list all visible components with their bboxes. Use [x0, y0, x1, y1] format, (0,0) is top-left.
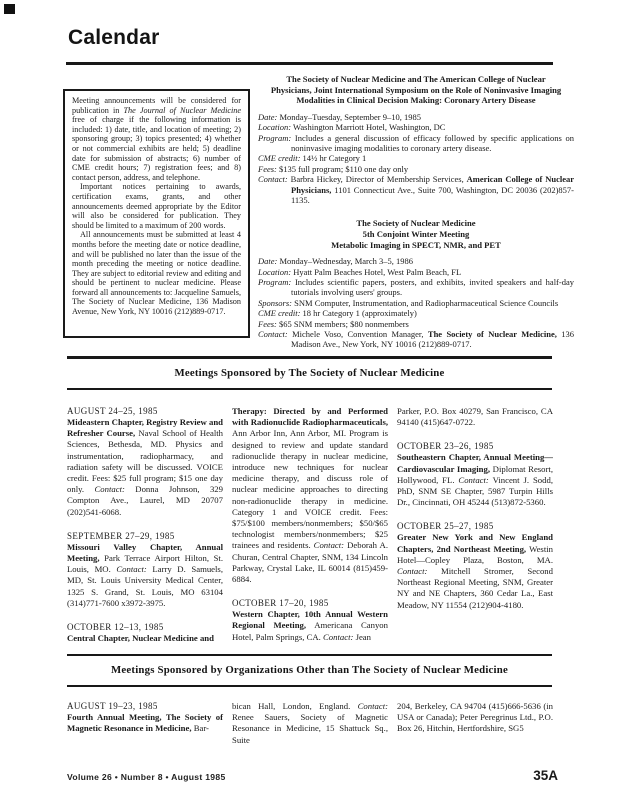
meeting-entry: Parker, P.O. Box 40279, San Francisco, C… — [397, 406, 553, 428]
detail-fees: Fees: $135 full program; $110 one day on… — [258, 164, 574, 174]
meeting-entry: bican Hall, London, England. Contact: Re… — [232, 701, 388, 746]
meeting-entry: Therapy: Directed by and Performed with … — [232, 406, 388, 585]
meeting-date: AUGUST 19–23, 1985 — [67, 701, 223, 711]
meeting-title-line: 5th Conjoint Winter Meeting — [258, 229, 574, 240]
detail-fees: Fees: $65 SNM members; $80 nonmembers — [258, 319, 574, 329]
notice-paragraph-2: Important notices pertaining to awards, … — [72, 182, 241, 230]
title-rule — [66, 62, 553, 65]
journal-calendar-page: Calendar Meeting announcements will be c… — [0, 0, 620, 802]
meeting-title-line: The Society of Nuclear Medicine and The … — [258, 74, 574, 85]
section-heading: Meetings Sponsored by Organizations Othe… — [67, 656, 552, 685]
detail-cme-credit: CME credit: 18 hr Category 1 (approximat… — [258, 308, 574, 318]
column-1: AUGUST 24–25, 1985 Mideastern Chapter, R… — [67, 406, 223, 653]
meeting-date: OCTOBER 17–20, 1985 — [232, 598, 388, 608]
meeting-date: OCTOBER 12–13, 1985 — [67, 622, 223, 632]
detail-date: Date: Monday–Wednesday, March 3–5, 1986 — [258, 256, 574, 266]
scan-artifact — [4, 4, 15, 14]
detail-cme-credit: CME credit: 14½ hr Category 1 — [258, 153, 574, 163]
meeting-title-line: Modalities in Clinical Decision Making: … — [258, 95, 574, 106]
page-number: 35A — [533, 768, 558, 783]
meeting-date: OCTOBER 25–27, 1985 — [397, 521, 553, 531]
column-2: bican Hall, London, England. Contact: Re… — [232, 701, 388, 759]
page-title: Calendar — [68, 26, 159, 50]
column-3: 204, Berkeley, CA 94704 (415)666-5636 (i… — [397, 701, 553, 759]
detail-location: Location: Washington Marriott Hotel, Was… — [258, 122, 574, 132]
meeting-date: AUGUST 24–25, 1985 — [67, 406, 223, 416]
meeting-entry: Mideastern Chapter, Registry Review and … — [67, 417, 223, 518]
detail-program: Program: Includes a general discussion o… — [258, 133, 574, 154]
meeting-date: SEPTEMBER 27–29, 1985 — [67, 531, 223, 541]
section-band-other-orgs: Meetings Sponsored by Organizations Othe… — [67, 654, 552, 687]
meeting-entry: Southeastern Chapter, Annual Meeting—Car… — [397, 452, 553, 508]
meeting-title: The Society of Nuclear Medicine 5th Conj… — [258, 218, 574, 250]
featured-meeting-snm-acnp: The Society of Nuclear Medicine and The … — [258, 74, 574, 205]
meeting-date: OCTOBER 23–26, 1985 — [397, 441, 553, 451]
meeting-entry: Western Chapter, 10th Annual Western Reg… — [232, 609, 388, 643]
column-2: Therapy: Directed by and Performed with … — [232, 406, 388, 653]
column-1: AUGUST 19–23, 1985 Fourth Annual Meeting… — [67, 701, 223, 759]
section-heading: Meetings Sponsored by The Society of Nuc… — [67, 359, 552, 388]
top-area: Meeting announcements will be considered… — [63, 74, 583, 356]
detail-program: Program: Includes scientific papers, pos… — [258, 277, 574, 298]
meeting-entry: Central Chapter, Nuclear Medicine and — [67, 633, 223, 644]
other-orgs-columns: AUGUST 19–23, 1985 Fourth Annual Meeting… — [67, 701, 555, 759]
column-3: Parker, P.O. Box 40279, San Francisco, C… — [397, 406, 553, 653]
detail-contact: Contact: Michele Voso, Convention Manage… — [258, 329, 574, 350]
snm-meetings-columns: AUGUST 24–25, 1985 Mideastern Chapter, R… — [67, 406, 555, 653]
section-band-snm: Meetings Sponsored by The Society of Nuc… — [67, 356, 552, 390]
meeting-title-line: Metabolic Imaging in SPECT, NMR, and PET — [258, 240, 574, 251]
volume-issue-line: Volume 26 • Number 8 • August 1985 — [67, 772, 226, 782]
featured-meetings: The Society of Nuclear Medicine and The … — [258, 74, 574, 356]
featured-meeting-winter: The Society of Nuclear Medicine 5th Conj… — [258, 218, 574, 349]
detail-location: Location: Hyatt Palm Beaches Hotel, West… — [258, 267, 574, 277]
meeting-title: The Society of Nuclear Medicine and The … — [258, 74, 574, 106]
detail-sponsors: Sponsors: SNM Computer, Instrumentation,… — [258, 298, 574, 308]
meeting-entry: Fourth Annual Meeting, The Society of Ma… — [67, 712, 223, 734]
meeting-entry: 204, Berkeley, CA 94704 (415)666-5636 (i… — [397, 701, 553, 735]
meeting-title-line: Physicians, Joint International Symposiu… — [258, 85, 574, 96]
detail-date: Date: Monday–Tuesday, September 9–10, 19… — [258, 112, 574, 122]
meeting-entry: Missouri Valley Chapter, Annual Meeting,… — [67, 542, 223, 609]
meeting-entry: Greater New York and New England Chapter… — [397, 532, 553, 610]
notice-paragraph-1: Meeting announcements will be considered… — [72, 96, 241, 182]
detail-contact: Contact: Barbra Hickey, Director of Memb… — [258, 174, 574, 205]
page-footer: Volume 26 • Number 8 • August 1985 35A — [67, 768, 558, 783]
submission-notice-box: Meeting announcements will be considered… — [63, 89, 250, 338]
notice-paragraph-3: All announcements must be submitted at l… — [72, 230, 241, 316]
meeting-title-line: The Society of Nuclear Medicine — [258, 218, 574, 229]
